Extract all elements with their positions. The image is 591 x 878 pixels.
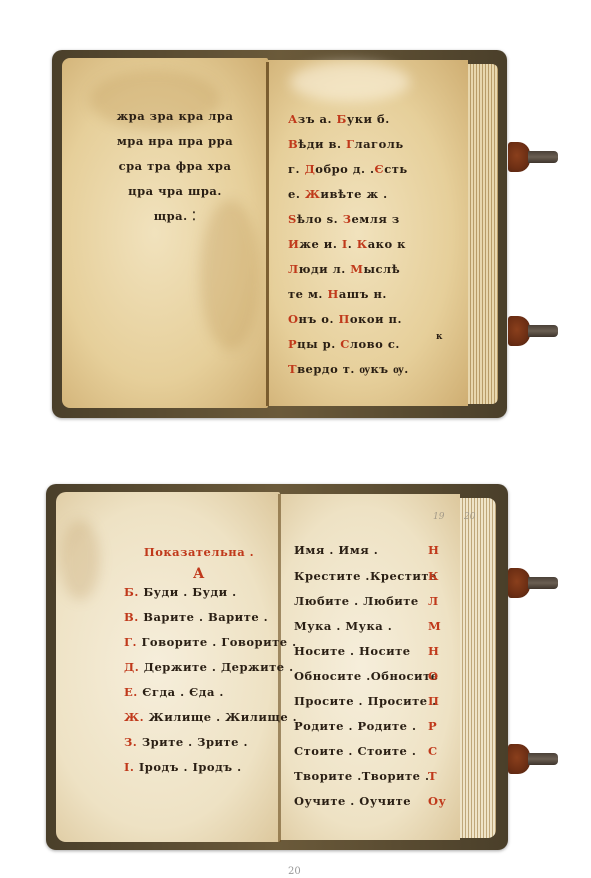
clasp-plate: [508, 568, 530, 598]
clasp-plate: [508, 142, 530, 172]
clasp-pin: [528, 151, 558, 163]
word-row: Просите . Просите . П: [294, 689, 454, 714]
text-line: мра нра пра рра: [100, 129, 250, 154]
word-row: Б. Буди . Буди .: [124, 580, 284, 605]
word-row: Д. Держите . Держите .: [124, 655, 284, 680]
folio-number: 20: [464, 512, 475, 522]
word-row: Имя . Имя . Н: [294, 536, 454, 564]
alphabet-row: Твердо т. ѹкъ ѹ.: [288, 357, 438, 382]
alphabet-row: Ѕѣло ѕ. Земля з: [288, 207, 438, 232]
alphabet-row: Азъ а. Буки б.: [288, 107, 438, 132]
top-left-page-text: жра зра кра лра мра нра пра рра сра тра …: [100, 104, 250, 229]
word-row: Е. Єгда . Єда .: [124, 680, 284, 705]
word-row: Оучите . Оучите Оу: [294, 789, 454, 814]
alphabet-row: г. Добро д. .Єсть: [288, 157, 438, 182]
margin-mark: к: [436, 332, 443, 342]
clasp-pin: [528, 753, 558, 765]
alphabet-row: Иже и. І. Како к: [288, 232, 438, 257]
clasp-plate: [508, 316, 530, 346]
word-row: Любите . Любите Л: [294, 589, 454, 614]
bottom-left-word-table: Б. Буди . Буди . В. Варите . Варите . Г.…: [124, 580, 284, 780]
alphabet-row: Вѣди в. Глаголь: [288, 132, 438, 157]
top-right-page-alphabet: Азъ а. Буки б. Вѣди в. Глаголь г. Добро …: [288, 107, 438, 382]
word-row: Родите . Родите . Р: [294, 714, 454, 739]
text-line: щра. ⁚: [100, 204, 250, 229]
stain: [60, 520, 100, 600]
word-row: Ж. Жилище . Жилище .: [124, 705, 284, 730]
word-row: Г. Говорите . Говорите .: [124, 630, 284, 655]
alphabet-row: Рцы р. Слово с.: [288, 332, 438, 357]
text-line: цра чра шра.: [100, 179, 250, 204]
word-row: В. Варите . Варите .: [124, 605, 284, 630]
page-number: 20: [288, 866, 301, 877]
word-row: І. Іродъ . Іродъ .: [124, 755, 284, 780]
clasp-plate: [508, 744, 530, 774]
word-row: Мука . Мука . М: [294, 614, 454, 639]
word-row: Творите .Творите . Т: [294, 764, 454, 789]
folio-number: 19: [433, 512, 444, 522]
alphabet-row: Люди л. Мыслѣ: [288, 257, 438, 282]
word-row: Носите . Носите Н: [294, 639, 454, 664]
clasp-pin: [528, 325, 558, 337]
word-row: Стоите . Стоите . С: [294, 739, 454, 764]
section-heading: Показательна .: [124, 540, 274, 565]
clasp-pin: [528, 577, 558, 589]
text-line: сра тра фра хра: [100, 154, 250, 179]
word-row: Крестите .Крестите К: [294, 564, 454, 589]
stain: [290, 62, 410, 102]
bottom-right-word-table: Имя . Имя . Н Крестите .Крестите К Любит…: [294, 536, 454, 814]
alphabet-row: е. Живѣте ж .: [288, 182, 438, 207]
top-book-gutter: [266, 62, 269, 406]
bottom-book-page-edges: [460, 498, 496, 838]
top-book-page-edges: [468, 64, 498, 404]
alphabet-row: те м. Нашъ н.: [288, 282, 438, 307]
alphabet-row: Онъ о. Покои п.: [288, 307, 438, 332]
word-row: Обносите .Обносите О: [294, 664, 454, 689]
text-line: жра зра кра лра: [100, 104, 250, 129]
word-row: З. Зрите . Зрите .: [124, 730, 284, 755]
